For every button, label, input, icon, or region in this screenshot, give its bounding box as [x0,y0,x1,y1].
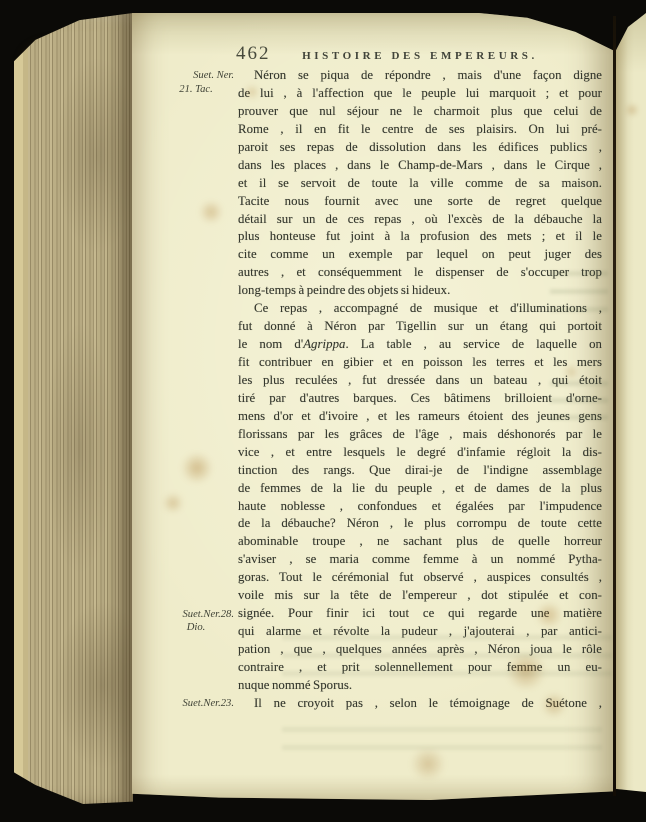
body-line: détail sur un de ces repas , où l'excès … [238,211,602,229]
body-line: qui alarme et révolte la pudeur , j'ajou… [238,623,602,641]
body-line: Tacite nous fournit avec une sorte de re… [238,193,602,211]
body-line: plus honteuse fut joint à la profusion d… [238,228,602,246]
body-line: prouver que nul séjour ne le charmoit pl… [238,103,602,121]
margin-note-line: Suet.Ner.28. [158,608,234,622]
book-page: 462 HISTOIRE DES EMPEREURS. Suet. Ner.21… [132,13,614,800]
body-line: florissans par les grâces de l'âge , mai… [238,426,602,444]
body-line: Il ne croyoit pas , selon le témoignage … [238,695,602,713]
body-line: le nom d'Agrippa. La table , au service … [238,336,602,354]
book-scan: 462 HISTOIRE DES EMPEREURS. Suet. Ner.21… [0,0,646,822]
facing-page-edge [616,13,646,792]
book-fore-edge [14,13,133,804]
body-line: pation , que , quelques années après , N… [238,641,602,659]
margin-note: Suet. Ner.21. Tac. [158,69,234,96]
foxing-stain [408,749,448,779]
body-line: fit contribuer en gibier et en poisson l… [238,354,602,372]
body-line: mens d'or et d'ivoire , et les rameurs é… [238,408,602,426]
body-line: dans les places , dans le Champ-de-Mars … [238,157,602,175]
body-line: signée. Pour finir ici tout ce qui regar… [238,605,602,623]
body-line: autres , et conséquemment le dispenser d… [238,264,602,282]
margin-note: Suet.Ner.23. [158,697,234,711]
body-line: fut donné à Néron par Tigellin sur un ét… [238,318,602,336]
body-text: Néron se piqua de répondre , mais d'une … [238,67,602,713]
body-line: de la débauche? Néron , le plus corrompu… [238,515,602,533]
body-line: Néron se piqua de répondre , mais d'une … [238,67,602,85]
body-line: Rome , il en fit le centre de ses plaisi… [238,121,602,139]
body-line: vice , et entre lesquels le degré d'infa… [238,444,602,462]
margin-note-line: Suet. Ner. [158,69,234,83]
margin-note-line: 21. Tac. [158,83,234,97]
foxing-stain [624,103,640,117]
body-line: paroit ses repas de dissolution dans les… [238,139,602,157]
body-line: long-temps à peindre des objets si hideu… [238,282,602,300]
body-line: tinction des rangs. Que dirai-je de l'in… [238,462,602,480]
body-line: Ce repas , accompagné de musique et d'il… [238,300,602,318]
foxing-stain [180,453,214,483]
bleedthrough-ghost [282,727,602,753]
foxing-stain [162,493,184,513]
margin-note-line: Dio. [158,621,234,635]
margin-note-line: Suet.Ner.23. [158,697,234,711]
body-line: de femmes de la lie du peuple , et de da… [238,480,602,498]
foxing-stain [198,201,224,223]
body-line: s'aviser , se maria comme femme à un nom… [238,551,602,569]
body-line: abominable troupe , ne sachant plus de q… [238,533,602,551]
body-line: voile mis sur la tête de l'empereur , do… [238,587,602,605]
running-title: HISTOIRE DES EMPEREURS. [238,50,602,62]
margin-note: Suet.Ner.28.Dio. [158,608,234,635]
body-line: contraire , et prit solennellement pour … [238,659,602,677]
body-line: nuque nommé Sporus. [238,677,602,695]
body-line: haute noblesse , confondues et égalées p… [238,498,602,516]
body-line: tiré par d'autres barques. Ces bâtimens … [238,390,602,408]
body-line: et il se servoit de toute la ville comme… [238,175,602,193]
book-gutter [613,16,616,796]
body-line: les plus reculées , fut dressée dans un … [238,372,602,390]
body-line: goras. Tout le cérémonial fut observé , … [238,569,602,587]
body-line: cite comme un exemple par lequel on peut… [238,246,602,264]
body-line: de lui , à l'affection que le peuple lui… [238,85,602,103]
